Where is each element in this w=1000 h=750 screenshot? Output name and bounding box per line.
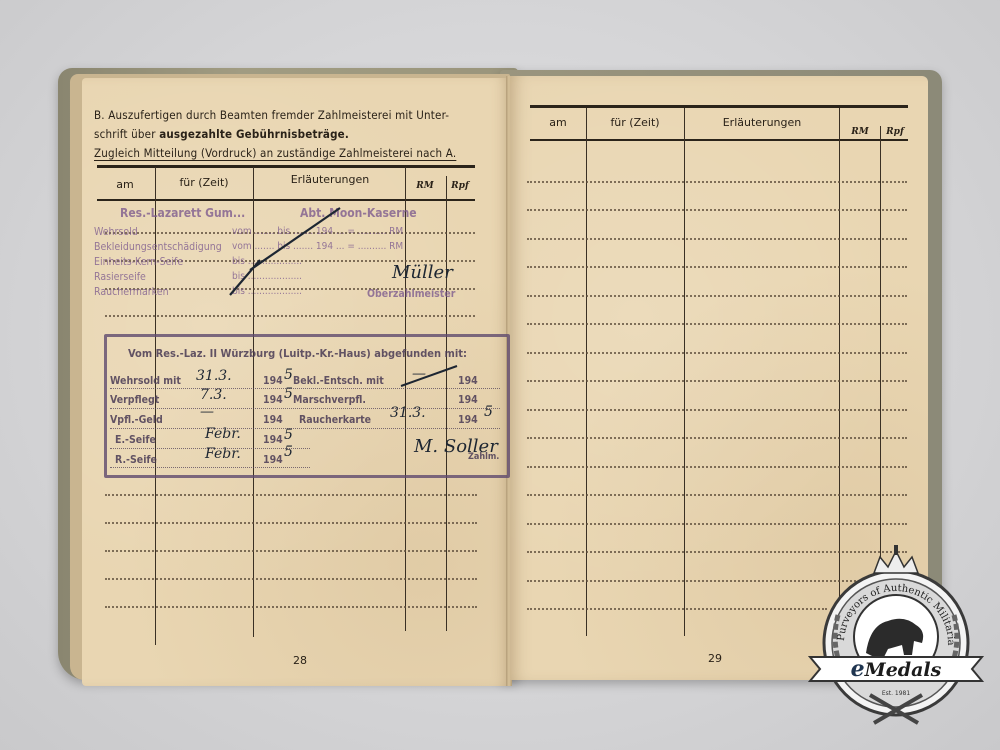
stamp2-signature-suffix: Zahlm. bbox=[468, 452, 499, 462]
stamp2-dots bbox=[110, 428, 500, 429]
right-row bbox=[527, 266, 907, 268]
stamp2-row-value: 7.3. bbox=[200, 387, 227, 403]
stamp1-row-label: Bekleidungsentschädigung bbox=[94, 241, 222, 253]
instructions-line-1: B. Auszufertigen durch Beamten fremder Z… bbox=[94, 106, 484, 125]
right-vline-1 bbox=[586, 108, 587, 636]
stamp2-row-value: 31.3. bbox=[196, 368, 232, 384]
stamp1-row-label: Rauchermarken bbox=[94, 286, 169, 298]
left-page-number: 28 bbox=[293, 654, 307, 667]
stamp1-row-label: Wehrsold bbox=[94, 226, 138, 238]
stamp2-row-right-year: 194 bbox=[458, 394, 478, 406]
stamp2-row-year-hw: 5 bbox=[284, 427, 293, 443]
right-page-number: 29 bbox=[708, 652, 722, 665]
instructions-line-2-bold: ausgezahlte Gebührnisbeträge. bbox=[159, 127, 349, 141]
stamp2-row-year: 194 bbox=[263, 434, 283, 446]
right-row bbox=[527, 238, 907, 240]
left-row bbox=[105, 522, 477, 524]
stamp2-row-right-label: Bekl.-Entsch. mit bbox=[293, 375, 384, 387]
stamp2-row-label: Vpfl.-Geld bbox=[110, 414, 163, 426]
right-col-erlaeuterungen: Erläuterungen bbox=[686, 116, 838, 129]
left-row bbox=[105, 315, 475, 317]
right-row bbox=[527, 295, 907, 297]
stamp2-row-label: E.-Seife bbox=[115, 434, 156, 446]
right-row bbox=[527, 494, 907, 496]
left-col-fuer-zeit: für (Zeit) bbox=[155, 176, 253, 189]
right-row bbox=[527, 437, 907, 439]
right-row bbox=[527, 380, 907, 382]
instructions-line-2-prefix: schrift über bbox=[94, 127, 156, 141]
stamp2-row-label: Wehrsold mit bbox=[110, 375, 181, 387]
instructions-line-3: Zugleich Mitteilung (Vordruck) an zustän… bbox=[94, 144, 484, 163]
right-row bbox=[527, 352, 907, 354]
right-vline-2 bbox=[684, 108, 685, 636]
instructions-line-2: schrift über ausgezahlte Gebührnisbeträg… bbox=[94, 125, 484, 144]
left-row bbox=[105, 578, 477, 580]
stamp2-row-right-label: Raucherkarte bbox=[299, 414, 371, 426]
right-row bbox=[527, 608, 827, 610]
left-row bbox=[105, 494, 477, 496]
stamp2-dots bbox=[110, 448, 310, 449]
stamp2-row-label: R.-Seife bbox=[115, 454, 157, 466]
stamp2-row-year: 194 bbox=[263, 394, 283, 406]
right-col-fuer-zeit: für (Zeit) bbox=[586, 116, 684, 129]
stamp1-footer: Oberzahlmeister bbox=[367, 288, 455, 300]
right-row bbox=[527, 466, 907, 468]
right-col-rm: RM bbox=[840, 127, 880, 137]
left-row bbox=[105, 550, 477, 552]
right-row bbox=[527, 409, 907, 411]
left-col-erlaeuterungen: Erläuterungen bbox=[255, 173, 405, 186]
right-row bbox=[527, 323, 907, 325]
right-row bbox=[527, 209, 907, 211]
instructions-block: B. Auszufertigen durch Beamten fremder Z… bbox=[94, 106, 484, 163]
stamp2-row-value: — bbox=[200, 404, 214, 420]
stamp1-row-label: Einheits-Kern-Seife bbox=[94, 256, 183, 268]
stamp1-row-label: Rasierseife bbox=[94, 271, 146, 283]
emedals-watermark-logo: eMedals Est. 1981 Purveyors of Authentic… bbox=[808, 545, 984, 727]
left-row bbox=[105, 606, 477, 608]
stamp2-title: Vom Res.-Laz. II Würzburg (Luitp.-Kr.-Ha… bbox=[128, 347, 467, 360]
stamp2-dots bbox=[110, 467, 310, 468]
emedals-badge-icon: eMedals Est. 1981 Purveyors of Authentic… bbox=[808, 545, 984, 727]
left-col-am: am bbox=[100, 178, 150, 191]
cancel-stroke-icon bbox=[395, 362, 465, 392]
stamp2-dots bbox=[110, 408, 500, 409]
right-row bbox=[527, 181, 907, 183]
right-row bbox=[527, 523, 907, 525]
stamp1-signature: Müller bbox=[392, 262, 453, 283]
stamp2-row-right-year-hw: 5 bbox=[484, 404, 493, 420]
cancel-stroke-icon bbox=[220, 200, 360, 300]
svg-text:eMedals: eMedals bbox=[851, 656, 942, 682]
right-col-rpf: Rpf bbox=[882, 127, 908, 137]
stamp2-row-right-label: Marschverpfl. bbox=[293, 394, 366, 406]
left-col-rpf: Rpf bbox=[447, 181, 473, 191]
stamp2-row-year: 194 bbox=[263, 375, 283, 387]
left-header-top-rule bbox=[97, 165, 475, 168]
left-col-rm: RM bbox=[405, 181, 445, 191]
stamp2-row-year-hw: 5 bbox=[284, 444, 293, 460]
right-col-am: am bbox=[532, 116, 584, 129]
stamp2-row-label: Verpflegt bbox=[110, 394, 159, 406]
stamp2-row-right-year: 194 bbox=[458, 414, 478, 426]
stamp2-row-year: 194 bbox=[263, 454, 283, 466]
stamp2-row-year: 194 bbox=[263, 414, 283, 426]
svg-text:Est. 1981: Est. 1981 bbox=[882, 690, 911, 697]
stamp2-row-year-hw: 5 bbox=[284, 367, 293, 383]
